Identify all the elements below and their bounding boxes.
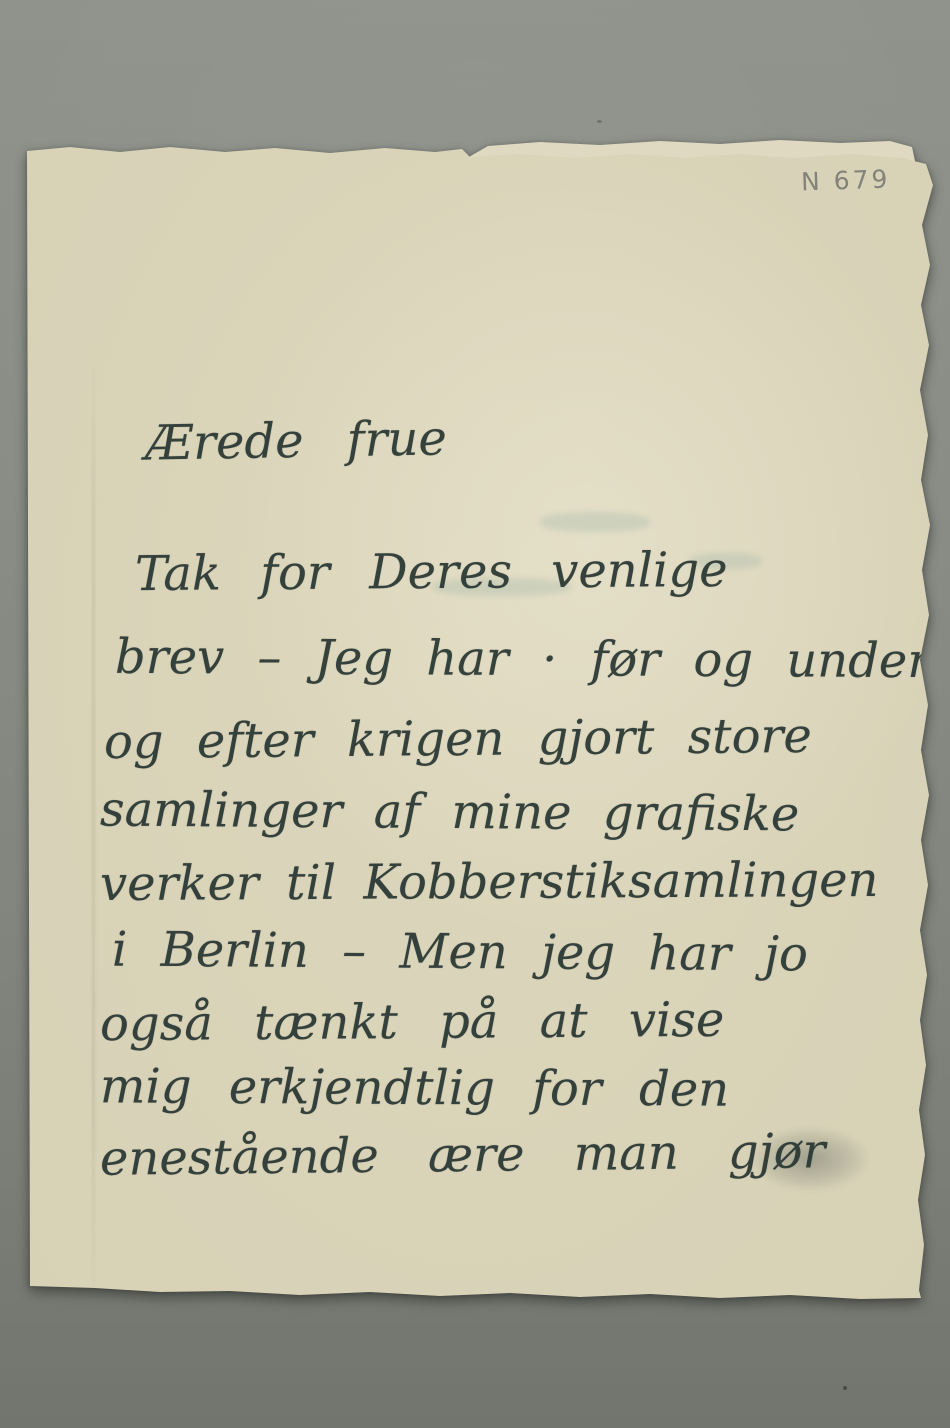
- handwritten-line: også tænkt på at vise: [100, 992, 725, 1052]
- handwritten-line: verker til Kobberstiksamlingen: [100, 852, 879, 912]
- handwritten-line: brev – Jeg har · før og under: [115, 629, 931, 689]
- handwritten-line: mig erkjendtlig for den: [100, 1058, 729, 1117]
- ink-showthrough: [540, 512, 650, 532]
- handwritten-line: enestående ære man gjør: [100, 1123, 826, 1187]
- handwritten-line: og efter krigen gjort store: [104, 708, 812, 770]
- handwritten-line-salutation: Ærede frue: [145, 410, 448, 471]
- handwritten-line: Tak for Deres venlige: [135, 542, 728, 602]
- paper-crease: [92, 340, 95, 1290]
- paper-stack: N 679 Ærede frue Tak for Deres venlige b…: [0, 0, 950, 1428]
- dust-speck: [843, 1386, 847, 1390]
- paper-sheet-front: N 679 Ærede frue Tak for Deres venlige b…: [0, 0, 950, 1428]
- handwritten-line: samlinger af mine grafiske: [100, 782, 800, 843]
- handwritten-line: i Berlin – Men jeg har jo: [112, 922, 808, 983]
- catalog-number: N 679: [801, 164, 891, 196]
- photograph: N 679 Ærede frue Tak for Deres venlige b…: [0, 0, 950, 1428]
